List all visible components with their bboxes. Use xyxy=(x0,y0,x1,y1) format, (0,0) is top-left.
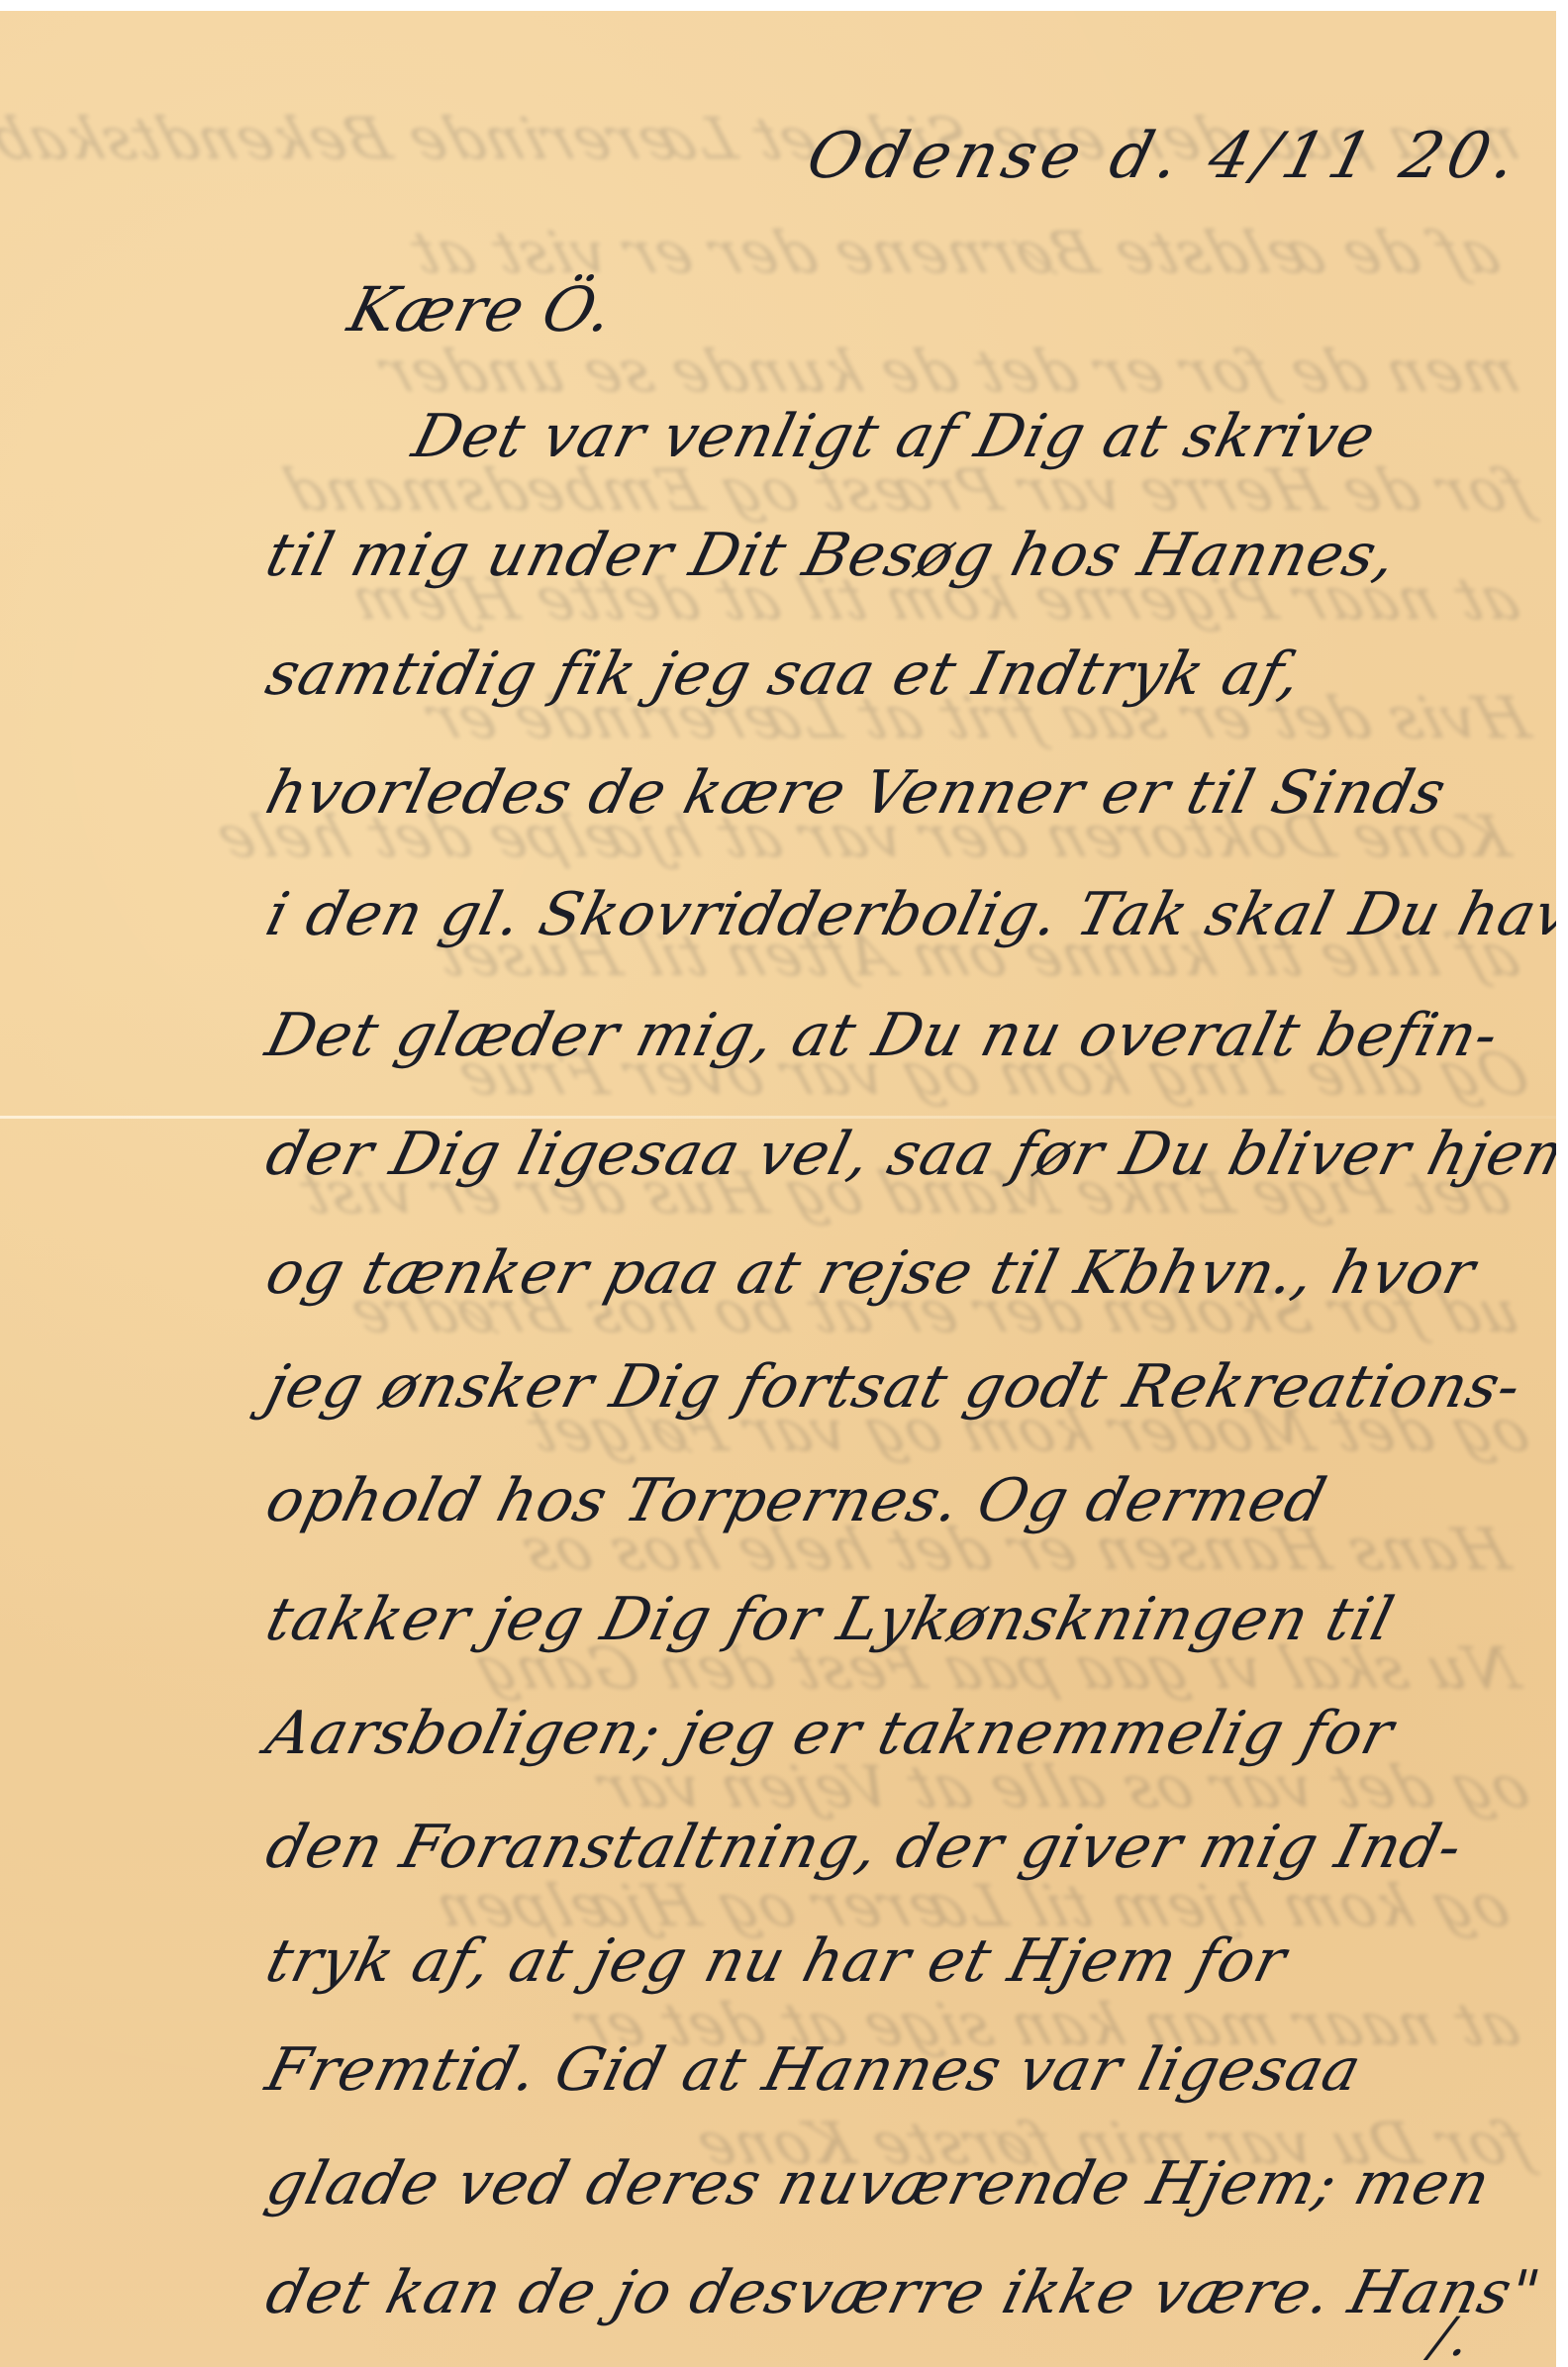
letter-line: takker jeg Dig for Lykønskningen til xyxy=(259,1585,1401,1654)
letter-line: samtidig fik jeg saa et Indtryk af, xyxy=(259,640,1310,709)
letter-line: glade ved deres nuværende Hjem; men xyxy=(259,2149,1498,2219)
letter-line: hvorledes de kære Venner er til Sinds xyxy=(259,758,1453,828)
letter-line: til mig under Dit Besøg hos Hannes, xyxy=(259,521,1404,590)
letter-page: maa paa den ene Side et Lærerinde Bekend… xyxy=(0,11,1556,2367)
letter-line: ophold hos Torpernes. Og dermed xyxy=(259,1466,1333,1535)
letter-line: og tænker paa at rejse til Kbhvn., hvor xyxy=(259,1238,1483,1308)
letter-line: Aarsboligen; jeg er taknemmelig for xyxy=(259,1699,1401,1768)
place-date: Odense d. 4/11 20. xyxy=(800,120,1530,193)
letter-line: Det glæder mig, at Du nu overalt befin- xyxy=(259,1001,1506,1070)
letter-line: Det var venligt af Dig at skrive xyxy=(406,402,1383,471)
letter-line: jeg ønsker Dig fortsat godt Rekreations- xyxy=(259,1352,1528,1422)
letter-line: det kan de jo desværre ikke være. Hans" xyxy=(259,2258,1547,2327)
letter-line: der Dig ligesaa vel, saa før Du bliver h… xyxy=(259,1120,1556,1189)
bleed-through-text: maa paa den ene Side et Lærerinde Bekend… xyxy=(0,11,1556,2367)
letter-line: tryk af, at jeg nu har et Hjem for xyxy=(259,1926,1294,1996)
salutation: Kære Ö. xyxy=(342,273,622,345)
letter-line: i den gl. Skovridderbolig. Tak skal Du h… xyxy=(259,880,1556,949)
letter-line: den Foranstaltning, der giver mig Ind- xyxy=(259,1813,1470,1882)
bleed-line: men de for er det de kunde se under xyxy=(370,338,1527,405)
letter-line: Fremtid. Gid at Hannes var ligesaa xyxy=(259,2035,1368,2105)
paper-fold-crease xyxy=(0,1116,1556,1119)
